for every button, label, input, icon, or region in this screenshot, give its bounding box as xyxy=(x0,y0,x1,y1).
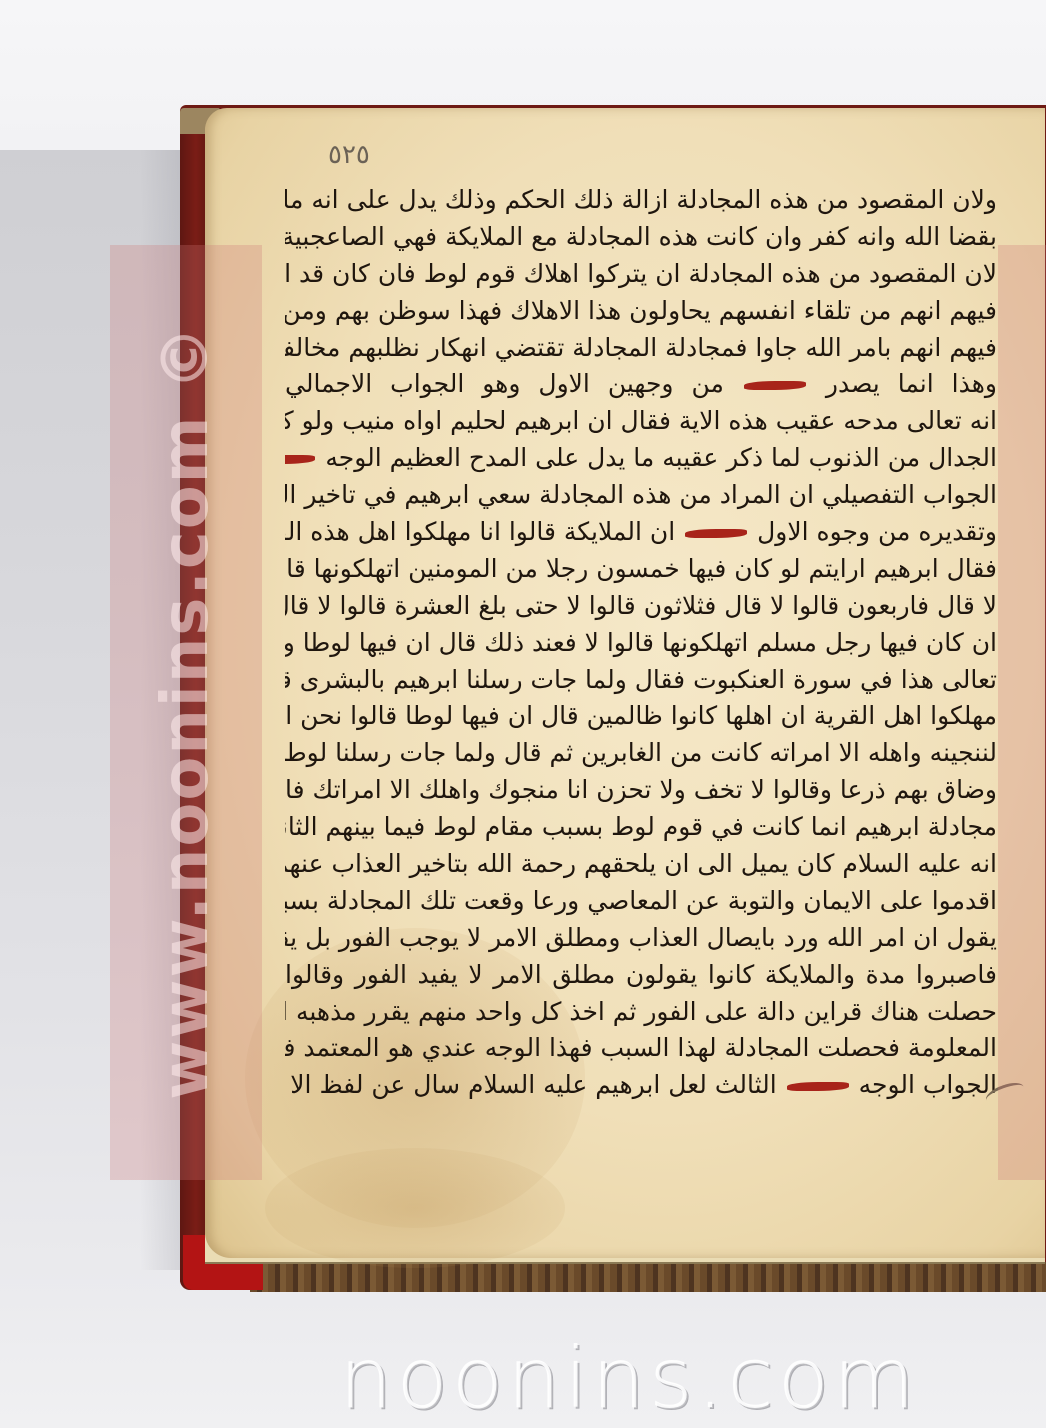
line-text-segment: لان المقصود من هذه المجادلة ان يتركوا اه… xyxy=(285,259,997,288)
line-text-segment: ولان المقصود من هذه المجادلة ازالة ذلك ا… xyxy=(285,185,997,214)
line-text-segment: وهذا انما يصدر xyxy=(808,369,997,398)
line-text-segment: المعلومة فحصلت المجادلة لهذا السبب فهذا … xyxy=(285,1033,997,1062)
line-text-segment: فقال ابرهيم ارايتم لو كان فيها خمسون رجل… xyxy=(285,554,997,583)
line-text-segment: من وجهين الاول وهو الجواب الاجمالي xyxy=(285,369,742,398)
manuscript-line: حصلت هناك قراين دالة على الفور ثم اخذ كل… xyxy=(285,994,997,1031)
manuscript-line: لان المقصود من هذه المجادلة ان يتركوا اه… xyxy=(285,256,997,293)
red-rubric-stroke xyxy=(787,1082,849,1091)
manuscript-line: تعالى هذا في سورة العنكبوت فقال ولما جات… xyxy=(285,662,997,699)
line-text-segment: انه عليه السلام كان يميل الى ان يلحقهم ر… xyxy=(285,849,997,878)
red-rubric-stroke xyxy=(285,455,315,464)
manuscript-line: ولان المقصود من هذه المجادلة ازالة ذلك ا… xyxy=(285,182,997,219)
manuscript-line: الجواب التفصيلي ان المراد من هذه المجادل… xyxy=(285,477,997,514)
cover-bottom-edge xyxy=(250,1262,1046,1292)
manuscript-line: فقال ابرهيم ارايتم لو كان فيها خمسون رجل… xyxy=(285,551,997,588)
manuscript-line: فاصبروا مدة والملايكة كانوا يقولون مطلق … xyxy=(285,957,997,994)
watermark-bottom: noonins.com xyxy=(340,1330,940,1428)
line-text-segment: مجادلة ابرهيم انما كانت في قوم لوط بسبب … xyxy=(285,812,997,841)
manuscript-line: وهذا انما يصدر من وجهين الاول وهو الجواب… xyxy=(285,366,997,403)
manuscript-line: لا قال فاربعون قالوا لا قال فثلاثون قالو… xyxy=(285,588,997,625)
line-text-segment: تعالى هذا في سورة العنكبوت فقال ولما جات… xyxy=(285,665,997,694)
line-text-segment: فيهم انهم من تلقاء انفسهم يحاولون هذا ال… xyxy=(285,296,997,325)
page-number: ٥٢٥ xyxy=(328,140,370,170)
watermark-band-right xyxy=(998,245,1046,1180)
line-text-segment: بقضا الله وانه كفر وان كانت هذه المجادلة… xyxy=(285,222,997,251)
manuscript-line: وتقديره من وجوه الاول ان الملايكة قالوا … xyxy=(285,514,997,551)
manuscript-line: الجدال من الذنوب لما ذكر عقيبه ما يدل عل… xyxy=(285,440,997,477)
manuscript-line: انه تعالى مدحه عقيب هذه الاية فقال ان اب… xyxy=(285,403,997,440)
manuscript-line: يقول ان امر الله ورد بايصال العذاب ومطلق… xyxy=(285,920,997,957)
manuscript-line: مهلكوا اهل القرية ان اهلها كانوا ظالمين … xyxy=(285,698,997,735)
manuscript-text: ولان المقصود من هذه المجادلة ازالة ذلك ا… xyxy=(285,182,997,1104)
line-text-segment: ان كان فيها رجل مسلم اتهلكونها قالوا لا … xyxy=(285,628,997,657)
line-text-segment: لا قال فاربعون قالوا لا قال فثلاثون قالو… xyxy=(285,591,997,620)
line-text-segment: مهلكوا اهل القرية ان اهلها كانوا ظالمين … xyxy=(285,701,997,730)
line-text-segment: وتقديره من وجوه الاول xyxy=(749,517,997,546)
line-text-segment: لننجينه واهله الا امراته كانت من الغابري… xyxy=(285,738,997,767)
red-rubric-stroke xyxy=(685,529,747,538)
manuscript-line: فيهم انهم من تلقاء انفسهم يحاولون هذا ال… xyxy=(285,293,997,330)
manuscript-line: المعلومة فحصلت المجادلة لهذا السبب فهذا … xyxy=(285,1030,997,1067)
line-text-segment: انه تعالى مدحه عقيب هذه الاية فقال ان اب… xyxy=(285,406,997,435)
line-text-segment: اقدموا على الايمان والتوبة عن المعاصي ور… xyxy=(285,886,997,915)
line-text-segment: ان الملايكة قالوا انا مهلكوا اهل هذه الق… xyxy=(285,517,683,546)
manuscript-line: وضاق بهم ذرعا وقالوا لا تخف ولا تحزن انا… xyxy=(285,772,997,809)
line-text-segment: الجواب الوجه xyxy=(851,1070,997,1099)
line-text-segment: فاصبروا مدة والملايكة كانوا يقولون مطلق … xyxy=(285,960,997,989)
manuscript-line: بقضا الله وانه كفر وان كانت هذه المجادلة… xyxy=(285,219,997,256)
manuscript-line: اقدموا على الايمان والتوبة عن المعاصي ور… xyxy=(285,883,997,920)
line-text-segment: يقول ان امر الله ورد بايصال العذاب ومطلق… xyxy=(285,923,997,952)
red-rubric-stroke xyxy=(744,381,806,390)
line-text-segment: الجدال من الذنوب لما ذكر عقيبه ما يدل عل… xyxy=(317,443,997,472)
manuscript-line: لننجينه واهله الا امراته كانت من الغابري… xyxy=(285,735,997,772)
line-text-segment: وضاق بهم ذرعا وقالوا لا تخف ولا تحزن انا… xyxy=(285,775,997,804)
manuscript-line: مجادلة ابرهيم انما كانت في قوم لوط بسبب … xyxy=(285,809,997,846)
water-stain xyxy=(265,1148,565,1268)
watermark-vertical-text: www.noonins.com © xyxy=(149,324,223,1099)
line-text-segment: فيهم انهم بامر الله جاوا فمجادلة المجادل… xyxy=(285,333,997,362)
line-text-segment: الجواب التفصيلي ان المراد من هذه المجادل… xyxy=(285,480,997,509)
line-text-segment: حصلت هناك قراين دالة على الفور ثم اخذ كل… xyxy=(285,997,997,1026)
manuscript-line: الجواب الوجه الثالث لعل ابرهيم عليه السل… xyxy=(285,1067,997,1104)
line-text-segment: الثالث لعل ابرهيم عليه السلام سال عن لفظ… xyxy=(285,1070,785,1099)
manuscript-line: انه عليه السلام كان يميل الى ان يلحقهم ر… xyxy=(285,846,997,883)
manuscript-line: فيهم انهم بامر الله جاوا فمجادلة المجادل… xyxy=(285,330,997,367)
manuscript-line: ان كان فيها رجل مسلم اتهلكونها قالوا لا … xyxy=(285,625,997,662)
